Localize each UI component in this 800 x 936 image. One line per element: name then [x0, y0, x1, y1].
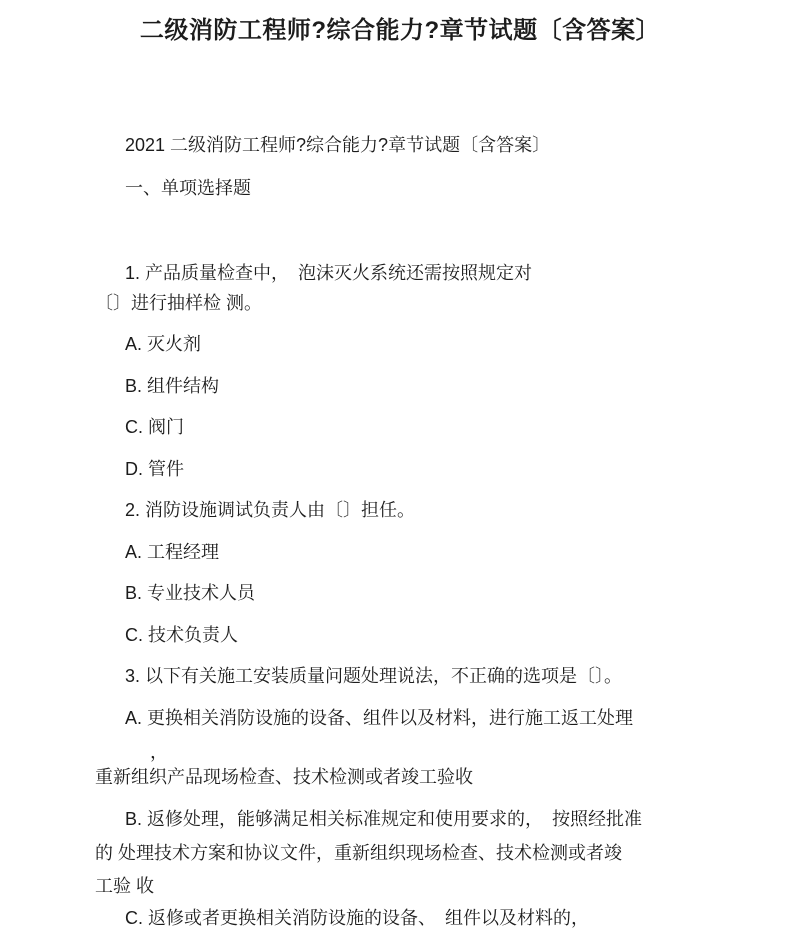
question-2-option-c: C. 技术负责人 [95, 623, 740, 647]
document-subtitle: 2021 二级消防工程师?综合能力?章节试题〔含答案〕 [95, 133, 740, 157]
question-3-stem-line-1: 3. 以下有关施工安装质量问题处理说法，不正确的选项是〔〕。 [95, 664, 740, 688]
question-3-option-a-line-2: ， [95, 740, 740, 764]
question-1-option-d: D. 管件 [95, 457, 740, 481]
document-body: 2021 二级消防工程师?综合能力?章节试题〔含答案〕 一、单项选择题 1. 产… [0, 133, 800, 930]
question-1-stem-line-1: 1. 产品质量检查中， 泡沫灭火系统还需按照规定对 [95, 261, 740, 285]
question-2-stem-line-1: 2. 消防设施调试负责人由〔〕担任。 [95, 498, 740, 522]
question-3-option-b-line-3: 工验 收 [95, 874, 740, 898]
question-3-option-c-line-1: C. 返修或者更换相关消防设施的设备、 组件以及材料的， [95, 906, 740, 930]
question-1-option-b: B. 组件结构 [95, 374, 740, 398]
question-3-option-b-line-2: 的 处理技术方案和协议文件，重新组织现场检查、技术检测或者竣 [95, 841, 740, 865]
question-1-option-c: C. 阀门 [95, 415, 740, 439]
question-1-stem-line-2: 〔〕进行抽样检 测。 [95, 291, 740, 315]
question-3-option-a-line-1: A. 更换相关消防设施的设备、组件以及材料，进行施工返工处理 [95, 706, 740, 730]
question-1-option-a: A. 灭火剂 [95, 332, 740, 356]
section-heading: 一、单项选择题 [95, 176, 740, 200]
document-page: 二级消防工程师?综合能力?章节试题〔含答案〕 2021 二级消防工程师?综合能力… [0, 0, 800, 936]
question-3-option-a-line-3: 重新组织产品现场检查、技术检测或者竣工验收 [95, 765, 740, 789]
page-title: 二级消防工程师?综合能力?章节试题〔含答案〕 [0, 14, 800, 48]
question-2-option-b: B. 专业技术人员 [95, 581, 740, 605]
question-2-option-a: A. 工程经理 [95, 540, 740, 564]
question-3-option-b-line-1: B. 返修处理，能够满足相关标准规定和使用要求的， 按照经批准 [95, 807, 740, 831]
